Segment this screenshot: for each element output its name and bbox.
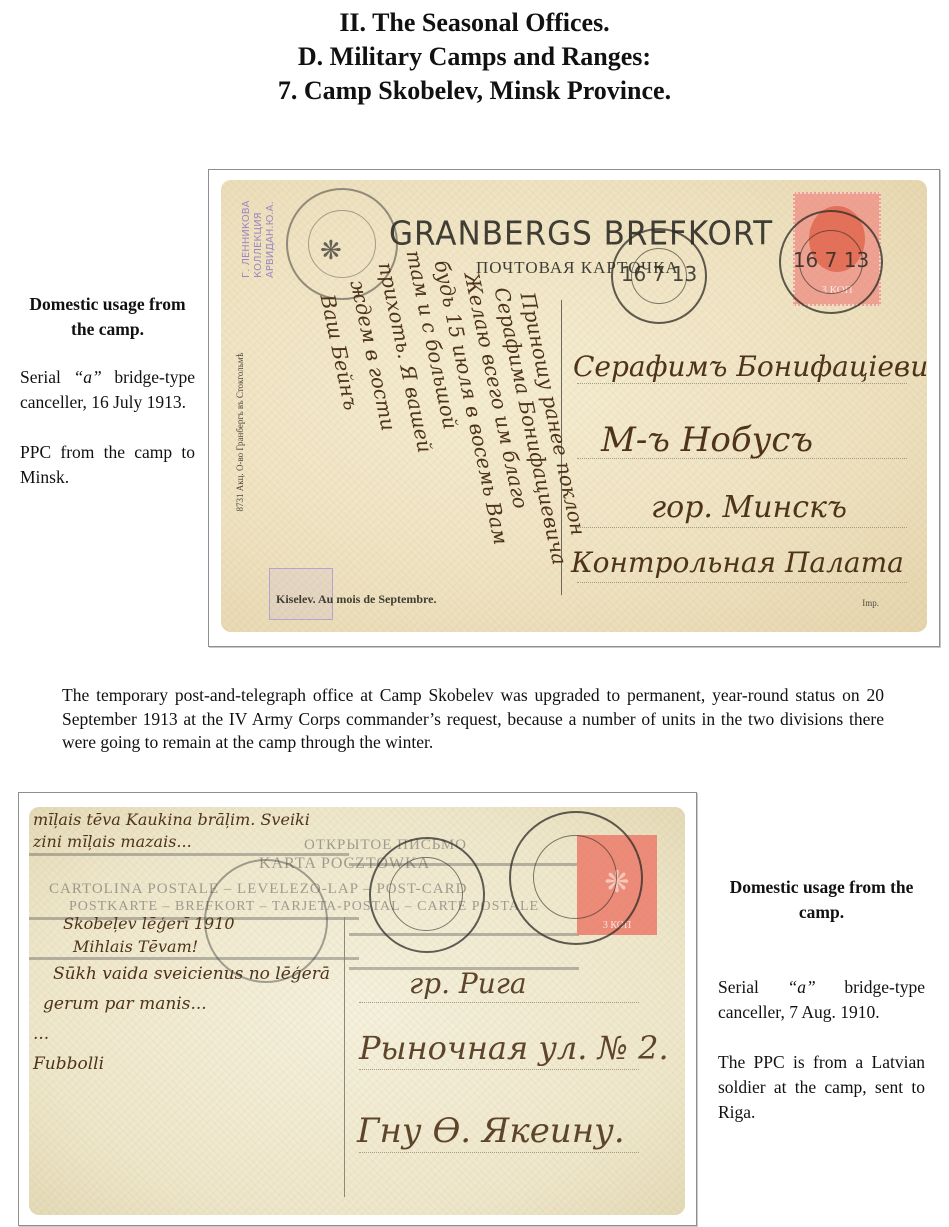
message-line-6: gerum par manis... xyxy=(43,989,359,1019)
postcard-1-frame: Г. ЛЕННИКОВА КОЛЛЕКЦИЯ АРВИДАН.Ю.А. 8731… xyxy=(208,169,940,647)
eagle-icon: ❋ xyxy=(320,236,342,266)
postcard-2-frame: ОТКРЫТОЕ ПИСЬМО KARTA POCZTOWKA CARTOLIN… xyxy=(18,792,697,1226)
message-line-7: ... xyxy=(33,1019,349,1049)
history-paragraph: The temporary post-and-telegraph office … xyxy=(62,684,884,755)
address-line-1: Серафимъ Бонифаціевичъ xyxy=(573,350,927,383)
item2-heading: Domestic usage from the camp. xyxy=(718,875,925,925)
title-line-subsection: D. Military Camps and Ranges: xyxy=(0,40,949,74)
camp-postmark-stamp: 16 7 13 xyxy=(779,210,883,314)
address-line-2: М-ъ Нобусъ xyxy=(601,420,813,460)
item2-note: The PPC is from a Latvian soldier at the… xyxy=(718,1050,925,1125)
title-line-section: II. The Seasonal Offices. xyxy=(0,6,949,40)
message-line-3: Skobeļev lēģerī 1910 xyxy=(63,913,379,935)
camp-postmark-stamp xyxy=(509,811,643,945)
picture-caption: Kiselev. Au mois de Septembre. xyxy=(276,592,436,607)
imprint-mark: Imp. xyxy=(862,598,879,608)
address-line-1: гр. Рига xyxy=(409,967,527,1000)
title-line-camp: 7. Camp Skobelev, Minsk Province. xyxy=(0,74,949,108)
item1-note: PPC from the camp to Minsk. xyxy=(20,440,195,490)
publisher-brand: GRANBERGS BREFKORT xyxy=(389,215,773,253)
camp-postmark-cover: 16 7 13 xyxy=(611,228,707,324)
page-title: II. The Seasonal Offices. D. Military Ca… xyxy=(0,6,949,108)
postcard-2-image: ОТКРЫТОЕ ПИСЬМО KARTA POCZTOWKA CARTOLIN… xyxy=(29,807,685,1215)
item1-canceller-text: Serial “a” bridge-type canceller, 16 Jul… xyxy=(20,365,195,415)
address-line-3: Гну Ө. Якеину. xyxy=(357,1111,625,1151)
serial-letter: “a” xyxy=(787,977,815,997)
message-line-5: Sūkh vaida sveicienus no lēģerā xyxy=(53,959,369,989)
postcard-1-image: Г. ЛЕННИКОВА КОЛЛЕКЦИЯ АРВИДАН.Ю.А. 8731… xyxy=(221,180,927,632)
address-line-4: Контрольная Палата xyxy=(571,546,904,579)
item2-description: Domestic usage from the camp. Serial “a”… xyxy=(718,875,925,1125)
message-line-8: Fubbolli xyxy=(33,1049,349,1079)
message-line-4: Mihlais Tēvam! xyxy=(73,935,389,959)
item1-heading: Domestic usage from the camp. xyxy=(20,292,195,342)
item1-description: Domestic usage from the camp. Serial “a”… xyxy=(20,292,195,490)
message-line-2: zini mīļais mazais... xyxy=(33,831,349,853)
serial-letter: “a” xyxy=(73,367,101,387)
address-line-3: гор. Минскъ xyxy=(651,490,847,525)
address-line-2: Рыночная ул. № 2. xyxy=(359,1029,669,1067)
item2-canceller-text: Serial “a” bridge-type canceller, 7 Aug.… xyxy=(718,975,925,1025)
publisher-imprint: 8731 Акц. О-во Гранбергъ въ Стокгольмѣ xyxy=(235,272,247,602)
message-block: mīļais tēva Kaukina brāļim. Sveiki zini … xyxy=(33,809,349,1079)
message-line-1: mīļais tēva Kaukina brāļim. Sveiki xyxy=(33,809,349,831)
